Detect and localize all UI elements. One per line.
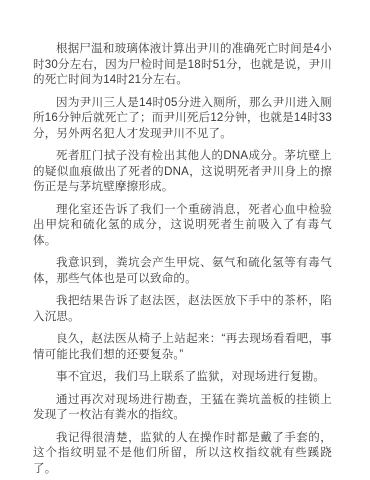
paragraph: 死者肛门拭子没有检出其他人的DNA成分。茅坑壁上的疑似血痕做出了死者的DNA，这…	[33, 149, 332, 196]
paragraph: 我意识到，粪坑会产生甲烷、氨气和硫化氢等有毒气体，那些气体也是可以致命的。	[33, 256, 332, 287]
paragraph: 根据尸温和玻璃体液计算出尹川的准确死亡时间是4小时30分左右，因为尸检时间是18…	[33, 42, 332, 89]
paragraph: 我记得很清楚，监狱的人在操作时都是戴了手套的，这个指纹明显不是他们所留，所以这枚…	[33, 431, 332, 478]
paragraph: 理化室还告诉了我们一个重磅消息，死者心血中检验出甲烷和硫化氢的成分，这说明死者生…	[33, 203, 332, 250]
paragraph: 通过再次对现场进行勘查，王猛在粪坑盖板的挂锁上发现了一枚沾有粪水的指纹。	[33, 393, 332, 424]
paragraph: 良久，赵法医从椅子上站起来：“再去现场看看吧，事情可能比我们想的还要复杂。”	[33, 332, 332, 363]
paragraph: 我把结果告诉了赵法医，赵法医放下手中的茶杯，陷入沉思。	[33, 294, 332, 325]
paragraph: 因为尹川三人是14时05分进入厕所，那么尹川进入厕所16分钟后就死亡了；而尹川死…	[33, 96, 332, 143]
paragraph: 事不宜迟，我们马上联系了监狱，对现场进行复勘。	[33, 370, 332, 386]
document-page: 根据尸温和玻璃体液计算出尹川的准确死亡时间是4小时30分左右，因为尸检时间是18…	[0, 0, 370, 480]
